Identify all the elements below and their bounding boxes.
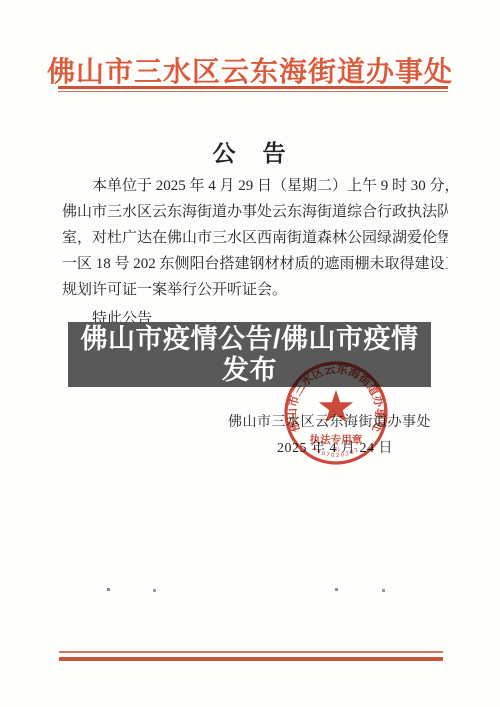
letterhead-agency-title: 佛山市三水区云东海街道办事处 <box>0 50 500 90</box>
body-line: 本单位于 2025 年 4 月 29 日（星期二）上午 9 时 30 分，在 <box>62 173 448 199</box>
official-seal-icon: 佛山市三水区云东海街道办事处 执法专用章 (1) 4407020202 <box>278 355 394 471</box>
notice-body: 本单位于 2025 年 4 月 29 日（星期二）上午 9 时 30 分，在 佛… <box>62 173 448 303</box>
body-line: 佛山市三水区云东海街道办事处云东海街道综合行政执法队207 <box>62 199 448 225</box>
footer-rule-thick <box>59 657 443 661</box>
letterhead-rule-thick <box>58 86 448 89</box>
body-line: 室，对杜广达在佛山市三水区西南街道森林公园绿湖爱伦堡花园 <box>62 225 448 251</box>
body-line: 一区 18 号 202 东侧阳台搭建钢材材质的遮雨棚未取得建设工程 <box>62 251 448 277</box>
seal-star-icon <box>319 390 353 423</box>
document-page: 佛山市三水区云东海街道办事处 公 告 本单位于 2025 年 4 月 29 日（… <box>0 0 500 707</box>
letterhead-rule-thin <box>58 91 448 92</box>
seal-center-label: 执法专用章 <box>310 433 363 446</box>
seal-sub-label: (1) <box>333 446 340 453</box>
footer-rule-thin <box>59 651 443 653</box>
scan-artifact <box>107 588 110 591</box>
body-line: 规划许可证一案举行公开听证会。 <box>62 277 448 303</box>
notice-title: 公 告 <box>0 135 500 168</box>
